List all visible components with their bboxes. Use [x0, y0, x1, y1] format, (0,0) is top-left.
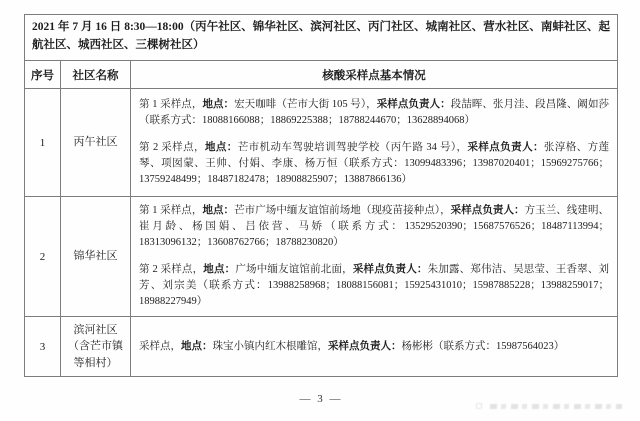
- row-index: 1: [25, 89, 61, 197]
- location-text: 芒市机动车驾驶培训驾驶学校（丙午路 34 号），: [238, 142, 468, 153]
- scan-watermark-smudge: [490, 401, 623, 412]
- table-header-row: 序号 社区名称 核酸采样点基本情况: [25, 61, 618, 89]
- document-page: 2021 年 7 月 16 日 8:30—18:00（丙午社区、锦华社区、滨河社…: [0, 0, 640, 421]
- leader-label: 采样点负责人：: [328, 341, 402, 352]
- leader-label: 采样点负责人：: [467, 142, 543, 153]
- point-prefix: 第 2 采样点，: [139, 264, 203, 275]
- schedule-note: 2021 年 7 月 16 日 8:30—18:00（丙午社区、锦华社区、滨河社…: [25, 15, 618, 61]
- sampling-points-table: 2021 年 7 月 16 日 8:30—18:00（丙午社区、锦华社区、滨河社…: [24, 14, 618, 377]
- column-header-index: 序号: [25, 61, 61, 89]
- location-text: 芒市广场中缅友谊馆前场地（现疫苗接种点），: [234, 205, 451, 216]
- point-prefix: 采样点，: [139, 341, 181, 352]
- leaders-text: 杨彬彬（联系方式：15987564023）: [402, 341, 565, 352]
- location-label: 地点：: [205, 142, 238, 153]
- sampling-point: 第 1 采样点，地点：芒市广场中缅友谊馆前场地（现疫苗接种点），采样点负责人：方…: [139, 203, 609, 251]
- table-row: 1 丙午社区 第 1 采样点，地点：宏天咖啡（芒市大街 105 号），采样点负责…: [25, 89, 618, 197]
- location-text: 广场中缅友谊馆前北面，: [235, 264, 353, 275]
- table-note-row: 2021 年 7 月 16 日 8:30—18:00（丙午社区、锦华社区、滨河社…: [25, 15, 618, 61]
- location-label: 地点：: [202, 205, 234, 216]
- point-prefix: 第 1 采样点，: [139, 205, 202, 216]
- sampling-info-cell: 第 1 采样点，地点：芒市广场中缅友谊馆前场地（现疫苗接种点），采样点负责人：方…: [131, 197, 618, 317]
- sampling-info-cell: 采样点，地点：珠宝小镇内红木根雕馆，采样点负责人：杨彬彬（联系方式：159875…: [131, 317, 618, 377]
- sampling-point: 第 2 采样点，地点：芒市机动车驾驶培训驾驶学校（丙午路 34 号），采样点负责…: [139, 140, 609, 188]
- community-name: 锦华社区: [61, 197, 131, 317]
- point-prefix: 第 2 采样点，: [139, 142, 205, 153]
- sampling-point: 第 1 采样点，地点：宏天咖啡（芒市大街 105 号），采样点负责人：段喆晖、张…: [139, 97, 609, 129]
- row-index: 3: [25, 317, 61, 377]
- location-label: 地点：: [181, 341, 213, 352]
- location-label: 地点：: [203, 264, 235, 275]
- leader-label: 采样点负责人：: [451, 205, 525, 216]
- community-name: 滨河社区（含芒市镇等相村）: [61, 317, 131, 377]
- sampling-point: 第 2 采样点，地点：广场中缅友谊馆前北面，采样点负责人：朱加露、郑伟洁、吴思莹…: [139, 262, 609, 310]
- table-row: 2 锦华社区 第 1 采样点，地点：芒市广场中缅友谊馆前场地（现疫苗接种点），采…: [25, 197, 618, 317]
- column-header-info: 核酸采样点基本情况: [131, 61, 618, 89]
- column-header-community: 社区名称: [61, 61, 131, 89]
- point-prefix: 第 1 采样点，: [139, 99, 202, 110]
- sampling-info-cell: 第 1 采样点，地点：宏天咖啡（芒市大街 105 号），采样点负责人：段喆晖、张…: [131, 89, 618, 197]
- row-index: 2: [25, 197, 61, 317]
- community-name: 丙午社区: [61, 89, 131, 197]
- table-row: 3 滨河社区（含芒市镇等相村） 采样点，地点：珠宝小镇内红木根雕馆，采样点负责人…: [25, 317, 618, 377]
- location-text: 宏天咖啡（芒市大街 105 号），: [234, 99, 377, 110]
- leader-label: 采样点负责人：: [353, 264, 428, 275]
- sampling-point: 采样点，地点：珠宝小镇内红木根雕馆，采样点负责人：杨彬彬（联系方式：159875…: [139, 339, 609, 355]
- leader-label: 采样点负责人：: [377, 99, 451, 110]
- location-label: 地点：: [202, 99, 234, 110]
- location-text: 珠宝小镇内红木根雕馆，: [213, 341, 329, 352]
